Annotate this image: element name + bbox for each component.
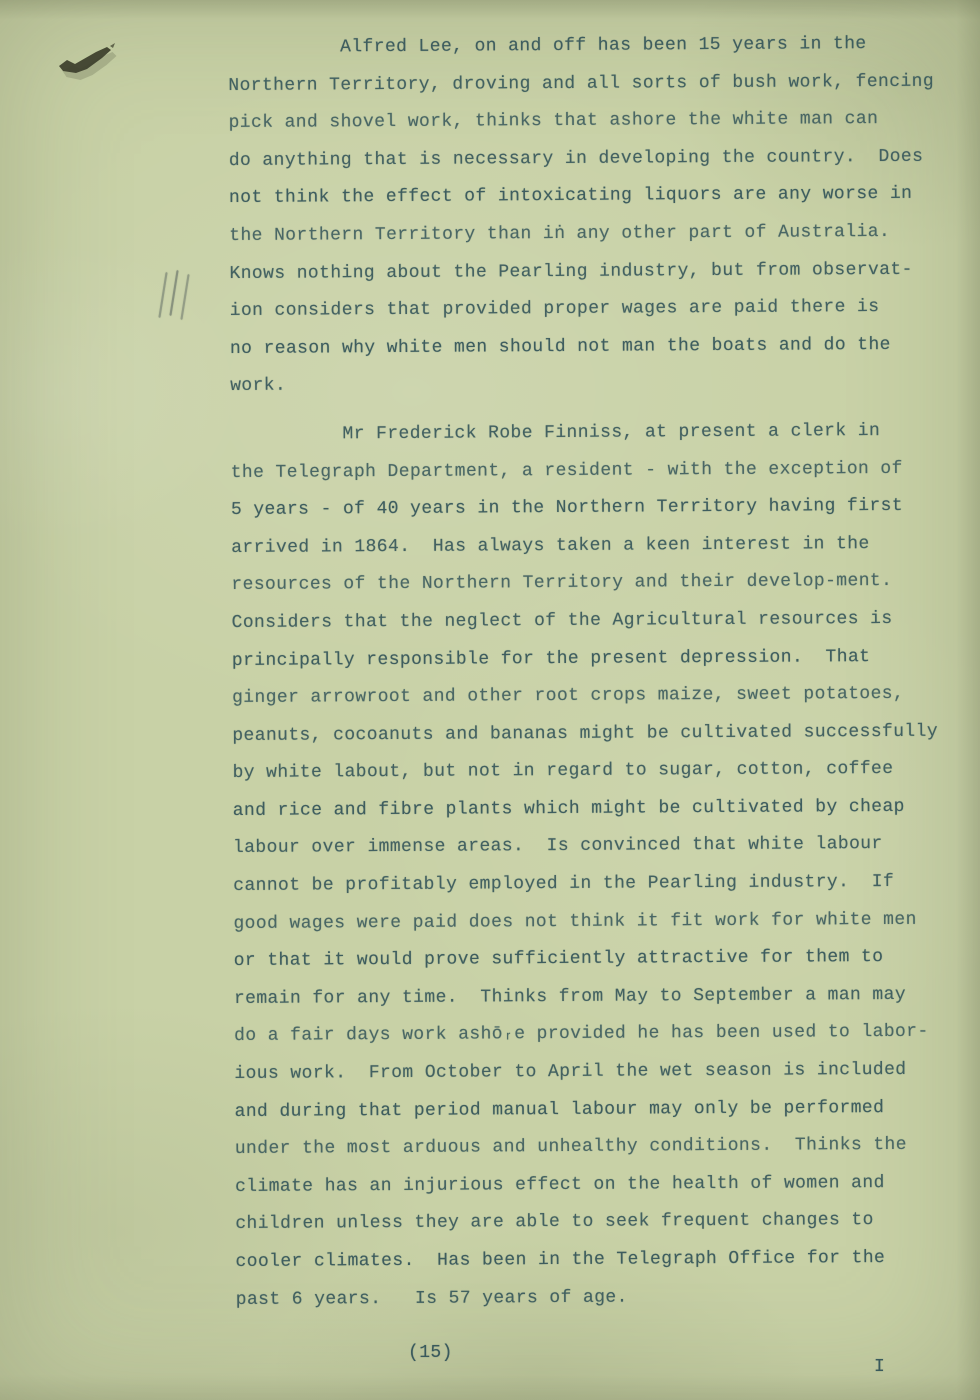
text-line: good wages were paid does not think it f… [233,901,939,943]
text-line: peanuts, cocoanuts and bananas might be … [232,713,938,755]
text-line: cannot be profitably employed in the Pea… [233,864,939,906]
text-line: the Northern Territory than iṅ any other… [229,214,935,256]
text-line: 5 years - of 40 years in the Northern Te… [231,488,937,530]
text-line: cooler climates. Has been in the Telegra… [235,1240,941,1282]
text-line: resources of the Northern Territory and … [231,563,937,605]
text-line: past 6 years. Is 57 years of age. [236,1277,942,1319]
text-line: remain for any time. Thinks from May to … [234,977,940,1019]
margin-tally-marks [158,270,198,322]
pencil-stroke [180,274,190,320]
text-line: ion considers that provided proper wages… [230,289,936,331]
text-line: do anything that is necessary in develop… [229,138,935,180]
page-number: (15) [408,1343,453,1363]
text-line: Northern Territory, droving and all sort… [228,63,934,105]
text-line: no reason why white men should not man t… [230,326,936,368]
text-line: ious work. From October to April the wet… [234,1052,940,1094]
text-line: or that it would prove sufficiently attr… [234,939,940,981]
text-line: ginger arrowroot and other root crops ma… [232,676,938,718]
folio-numeral: I [874,1357,885,1377]
text-line: by white labout, but not in regard to su… [232,751,938,793]
text-line: Alfred Lee, on and off has been 15 years… [228,26,934,68]
tear-tip-shape [110,43,115,48]
text-line: labour over immense areas. Is convinced … [233,826,939,868]
pencil-stroke [158,272,168,318]
text-line: arrived in 1864. Has always taken a keen… [231,525,937,567]
text-line: the Telegraph Department, a resident - w… [231,450,937,492]
text-line: Mr Frederick Robe Finniss, at present a … [230,413,936,455]
pencil-stroke [169,270,179,316]
text-line: children unless they are able to seek fr… [235,1202,941,1244]
text-line: not think the effect of intoxicating liq… [229,176,935,218]
text-line: Considers that the neglect of the Agricu… [232,601,938,643]
text-line: under the most arduous and unhealthy con… [235,1127,941,1169]
document-page: Alfred Lee, on and off has been 15 years… [0,0,980,1400]
text-line: climate has an injurious effect on the h… [235,1164,941,1206]
text-line: do a fair days work ashōᵣe provided he h… [234,1014,940,1056]
text-line: and rice and fibre plants which might be… [233,789,939,831]
text-line: Knows nothing about the Pearling industr… [229,251,935,293]
typewritten-text: Alfred Lee, on and off has been 15 years… [228,26,942,1319]
text-line: and during that period manual labour may… [234,1089,940,1131]
text-line: principally responsible for the present … [232,638,938,680]
text-line: work. [230,364,936,406]
text-line: pick and shovel work, thinks that ashore… [228,101,934,143]
paper-tear-hole [54,42,124,88]
